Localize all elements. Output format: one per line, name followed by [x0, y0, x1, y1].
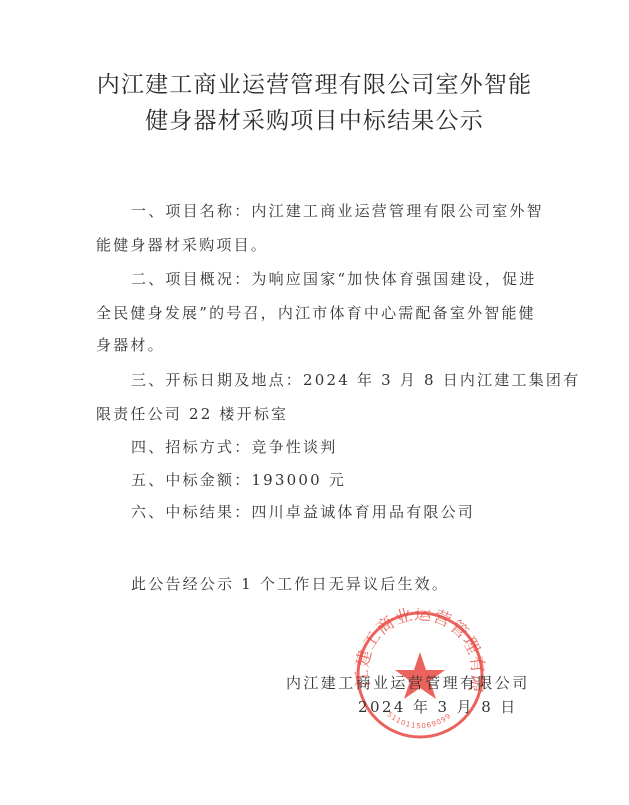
item-3-line-1: 三、开标日期及地点：2024 年 3 月 8 日内江建工集团有 — [131, 369, 580, 390]
title-line-2: 健身器材采购项目中标结果公示 — [0, 102, 629, 135]
item-2-line-3: 身器材。 — [96, 334, 165, 355]
item-1-line-2: 能健身器材采购项目。 — [96, 234, 268, 255]
notice-text: 此公告经公示 1 个工作日无异议后生效。 — [131, 573, 449, 594]
item-4: 四、招标方式：竞争性谈判 — [131, 436, 337, 457]
item-2-line-2: 全民健身发展”的号召，内江市体育中心需配备室外智能健 — [96, 302, 536, 323]
item-2-line-1: 二、项目概况：为响应国家“加快体育强国建设，促进 — [131, 268, 536, 289]
item-1-line-1: 一、项目名称：内江建工商业运营管理有限公司室外智 — [131, 200, 544, 221]
signature-date: 2024 年 3 月 8 日 — [358, 696, 518, 717]
item-6: 六、中标结果：四川卓益诚体育用品有限公司 — [131, 501, 475, 522]
title-line-1: 内江建工商业运营管理有限公司室外智能 — [0, 66, 629, 99]
item-5: 五、中标金额：193000 元 — [131, 469, 346, 490]
item-3-line-2: 限责任公司 22 楼开标室 — [96, 403, 288, 424]
signature-company: 内江建工商业运营管理有限公司 — [286, 672, 530, 693]
